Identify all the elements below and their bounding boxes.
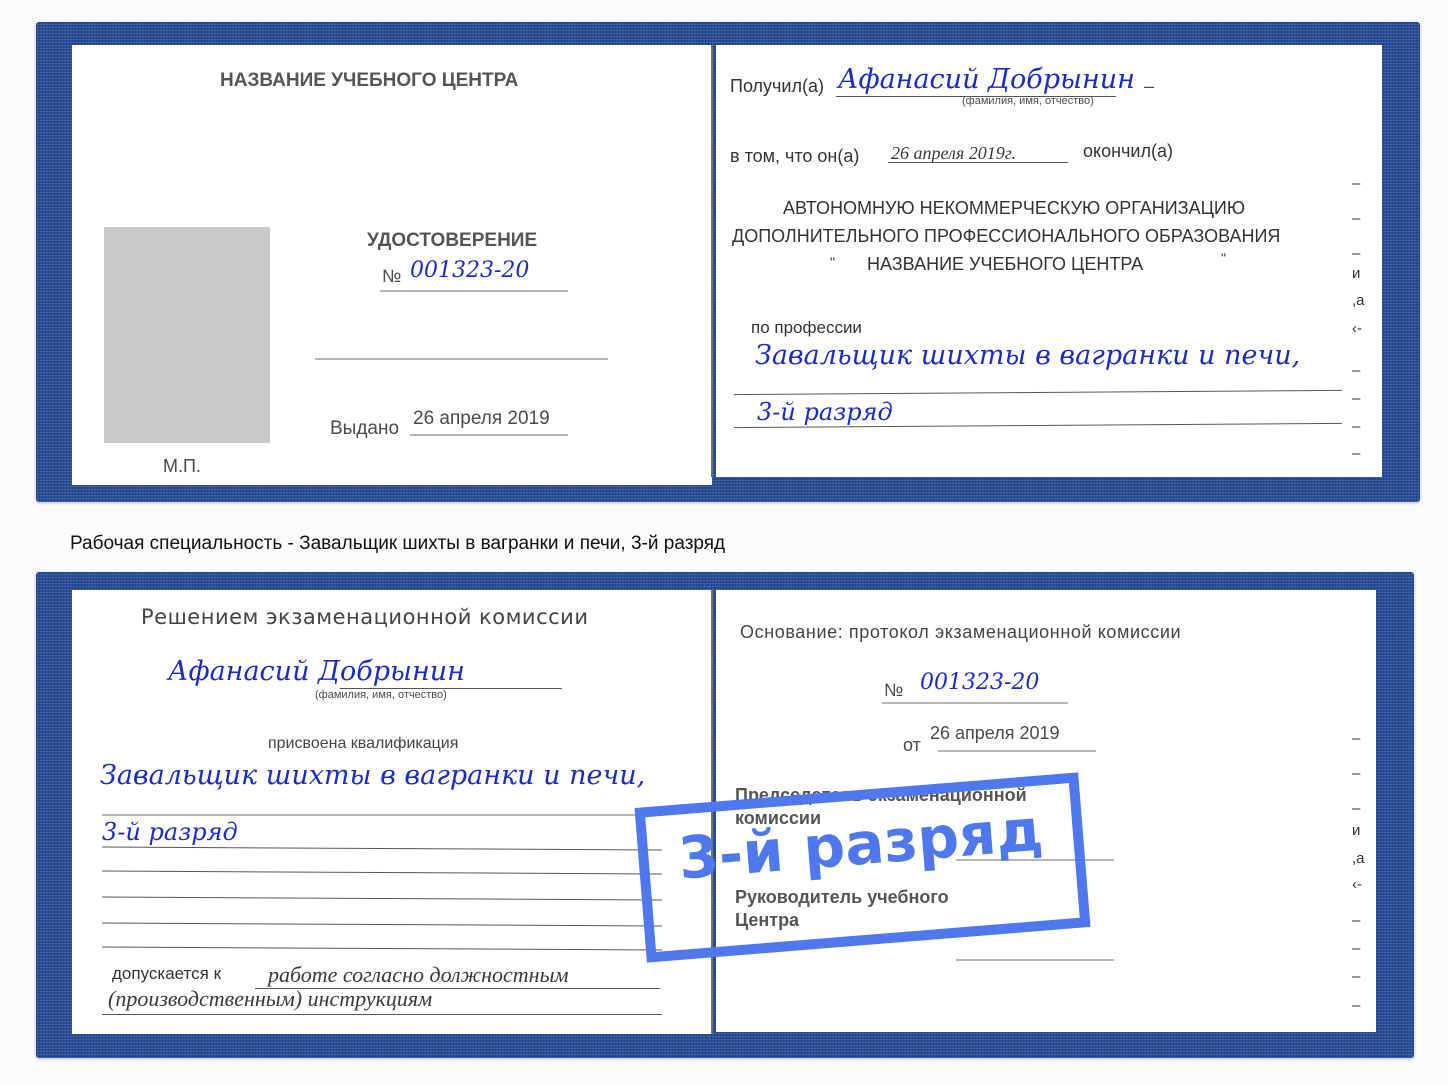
- edge-mark: –: [1352, 997, 1360, 1014]
- grade-stamp-text: 3-й разряд: [646, 793, 1075, 895]
- received-dash: –: [1144, 76, 1154, 97]
- issued-label: Выдано: [330, 418, 399, 440]
- edge-mark: и: [1352, 822, 1360, 839]
- issued-date-line: [410, 434, 568, 436]
- finished-label: окончил(а): [1083, 141, 1173, 162]
- that-label: в том, что он(а): [730, 146, 859, 167]
- specialty-caption: Рабочая специальность - Завальщик шихты …: [70, 533, 725, 555]
- profession-line-2: 3-й разряд: [757, 398, 893, 426]
- edge-mark: ‹-: [1352, 876, 1362, 893]
- fio-hint-top: (фамилия, имя, отчество): [962, 95, 1094, 107]
- protocol-date-label: от: [903, 735, 921, 756]
- certificate-title: УДОСТОВЕРЕНИЕ: [367, 230, 537, 252]
- edge-mark: –: [1352, 210, 1360, 227]
- protocol-date-line: [938, 750, 1096, 752]
- seal-label: М.П.: [163, 456, 201, 477]
- decision-title: Решением экзаменационной комиссии: [141, 605, 588, 629]
- protocol-date-value: 26 апреля 2019: [930, 723, 1060, 744]
- qualification-line-1-rule: [102, 814, 662, 816]
- edge-mark: –: [1352, 765, 1360, 782]
- basis-title: Основание: протокол экзаменационной коми…: [740, 622, 1181, 643]
- certificate-number-label: №: [382, 266, 401, 287]
- admitted-line-2: (производственным) инструкциям: [108, 986, 432, 1012]
- edge-mark: ,а: [1352, 850, 1365, 867]
- edge-mark: –: [1352, 968, 1360, 985]
- received-label: Получил(а): [730, 76, 824, 97]
- protocol-number-value: 001323-20: [920, 670, 1039, 695]
- edge-mark: –: [1352, 418, 1360, 435]
- fio-hint-bottom: (фамилия, имя, отчество): [315, 689, 447, 701]
- head-signature-line: [956, 959, 1114, 961]
- protocol-number-line: [882, 702, 1068, 704]
- edge-mark: ,а: [1352, 292, 1365, 309]
- admitted-label: допускается к: [112, 964, 221, 984]
- photo-placeholder: [104, 227, 270, 443]
- edge-mark: –: [1352, 800, 1360, 817]
- finish-date-line: [888, 162, 1068, 163]
- edge-mark: –: [1352, 175, 1360, 192]
- org-line-3: НАЗВАНИЕ УЧЕБНОГО ЦЕНТРА: [867, 254, 1143, 275]
- org-line-3-open-quote: ": [830, 254, 835, 270]
- center-name-heading: НАЗВАНИЕ УЧЕБНОГО ЦЕНТРА: [220, 70, 518, 92]
- edge-mark: –: [1352, 362, 1360, 379]
- edge-mark: –: [1352, 445, 1360, 462]
- admitted-line-2-rule: [102, 1014, 662, 1015]
- certificate-number-line: [380, 290, 568, 292]
- edge-mark: –: [1352, 245, 1360, 262]
- edge-mark: ‹-: [1352, 320, 1362, 337]
- protocol-number-label: №: [884, 680, 903, 701]
- org-line-3-close-quote: ": [1221, 250, 1226, 266]
- edge-mark: –: [1352, 730, 1360, 747]
- edge-mark: и: [1352, 265, 1360, 282]
- edge-mark: –: [1352, 390, 1360, 407]
- org-line-2: ДОПОЛНИТЕЛЬНОГО ПРОФЕССИОНАЛЬНОГО ОБРАЗО…: [732, 226, 1280, 247]
- signature-line: [315, 358, 608, 360]
- qualification-label: присвоена квалификация: [268, 735, 458, 753]
- received-name: Афанасий Добрынин: [838, 64, 1135, 95]
- profession-line-1: Завальщик шихты в вагранки и печи,: [755, 340, 1300, 371]
- edge-mark: –: [1352, 940, 1360, 957]
- finish-date: 26 апреля 2019г.: [891, 143, 1016, 164]
- qualification-line-2: 3-й разряд: [102, 818, 238, 846]
- person-name: Афанасий Добрынин: [168, 656, 465, 687]
- qualification-line-1: Завальщик шихты в вагранки и печи,: [100, 760, 645, 791]
- edge-mark: –: [1352, 912, 1360, 929]
- top-spine: [711, 45, 713, 477]
- admitted-line-1: работе согласно должностным: [268, 962, 569, 988]
- issued-date: 26 апреля 2019: [413, 408, 550, 430]
- certificate-number-value: 001323-20: [410, 258, 529, 283]
- profession-label: по профессии: [751, 318, 862, 338]
- org-line-1: АВТОНОМНУЮ НЕКОММЕРЧЕСКУЮ ОРГАНИЗАЦИЮ: [783, 198, 1245, 219]
